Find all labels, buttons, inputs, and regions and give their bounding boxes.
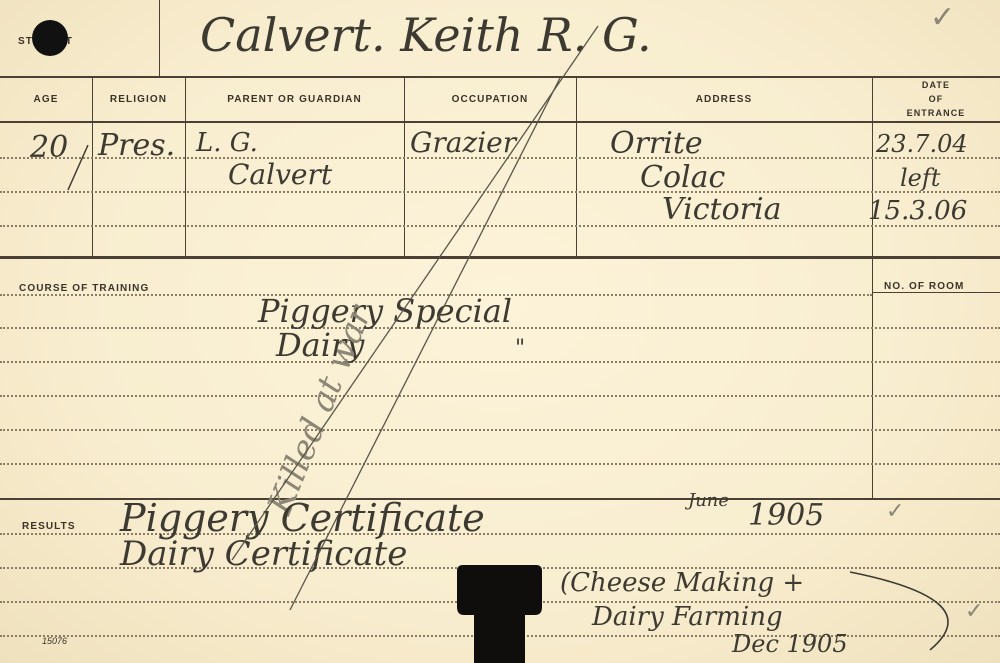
student-record-card: STUDENT AGE RELIGION PARENT OR GUARDIAN … [0, 0, 1000, 663]
filing-tab-cutout [457, 565, 542, 663]
diagonal-strike-lines [0, 0, 1000, 663]
